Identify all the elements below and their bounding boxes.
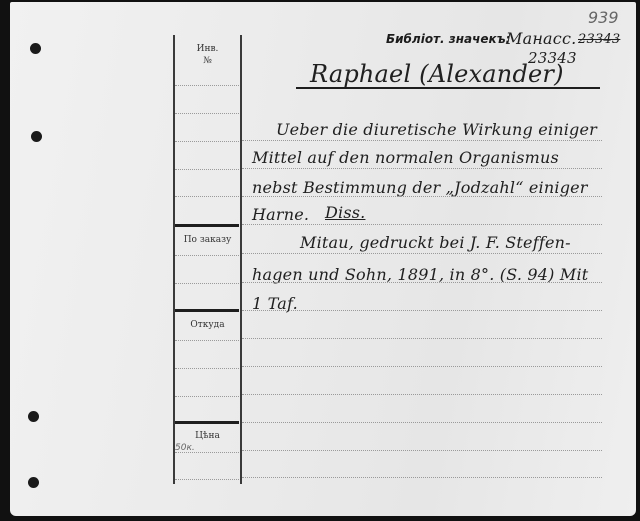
ruled-line	[242, 422, 602, 423]
imprint-line-1: Mitau, gedruckt bei J. F. Steffen-	[300, 233, 571, 252]
section-divider	[175, 224, 239, 227]
inv-row-line	[175, 141, 239, 142]
author-underline	[296, 87, 600, 89]
order-row-line	[175, 283, 239, 284]
source-row-line	[175, 340, 239, 341]
price-row-line	[175, 452, 239, 453]
catalog-card: Инв. № По заказу Откуда Цѣна 50к. 939 Би…	[10, 2, 636, 516]
punch-hole-1	[30, 43, 41, 54]
ruled-line	[242, 224, 602, 225]
source-row-line	[175, 396, 239, 397]
price-label: Цѣна	[175, 431, 240, 441]
punch-hole-2	[31, 131, 42, 142]
ruled-line	[242, 253, 602, 254]
source-label: Откуда	[175, 320, 240, 330]
library-mark-label: Библіот. значекъ:	[386, 32, 510, 46]
ruled-line	[242, 310, 602, 311]
order-row-line	[175, 255, 239, 256]
title-line-1: Ueber die diuretische Wirkung einiger	[276, 120, 597, 139]
corner-pencil-number: 939	[588, 8, 619, 27]
inv-row-line	[175, 85, 239, 86]
punch-hole-3	[28, 411, 39, 422]
ruled-line	[242, 338, 602, 339]
author-name: Raphael (Alexander)	[310, 60, 564, 88]
inv-label: Инв.	[175, 44, 240, 54]
ruled-line	[242, 140, 602, 141]
right-column-border	[240, 35, 242, 484]
library-mark-struck-number: 23343	[578, 32, 620, 47]
ruled-line	[242, 477, 602, 478]
title-line-2: Mittel auf den normalen Organismus	[252, 148, 559, 167]
ruled-line	[242, 366, 602, 367]
ruled-line	[242, 282, 602, 283]
source-row-line	[175, 368, 239, 369]
title-line-3: nebst Bestimmung der „Jodzahl“ einiger	[252, 178, 588, 197]
section-divider	[175, 309, 239, 312]
section-divider	[175, 421, 239, 424]
order-label: По заказу	[175, 235, 240, 245]
punch-hole-4	[28, 477, 39, 488]
ruled-line	[242, 450, 602, 451]
inv-row-line	[175, 113, 239, 114]
ruled-line	[242, 394, 602, 395]
number-label: №	[175, 56, 240, 66]
price-row-line	[175, 479, 239, 480]
ruled-line	[242, 196, 602, 197]
title-suffix: Diss.	[325, 203, 365, 222]
inv-row-line	[175, 196, 239, 197]
title-line-4: Harne.	[252, 205, 309, 224]
library-mark-value: Манасс.	[506, 29, 576, 48]
left-column-border	[173, 35, 175, 484]
inv-row-line	[175, 169, 239, 170]
ruled-line	[242, 168, 602, 169]
